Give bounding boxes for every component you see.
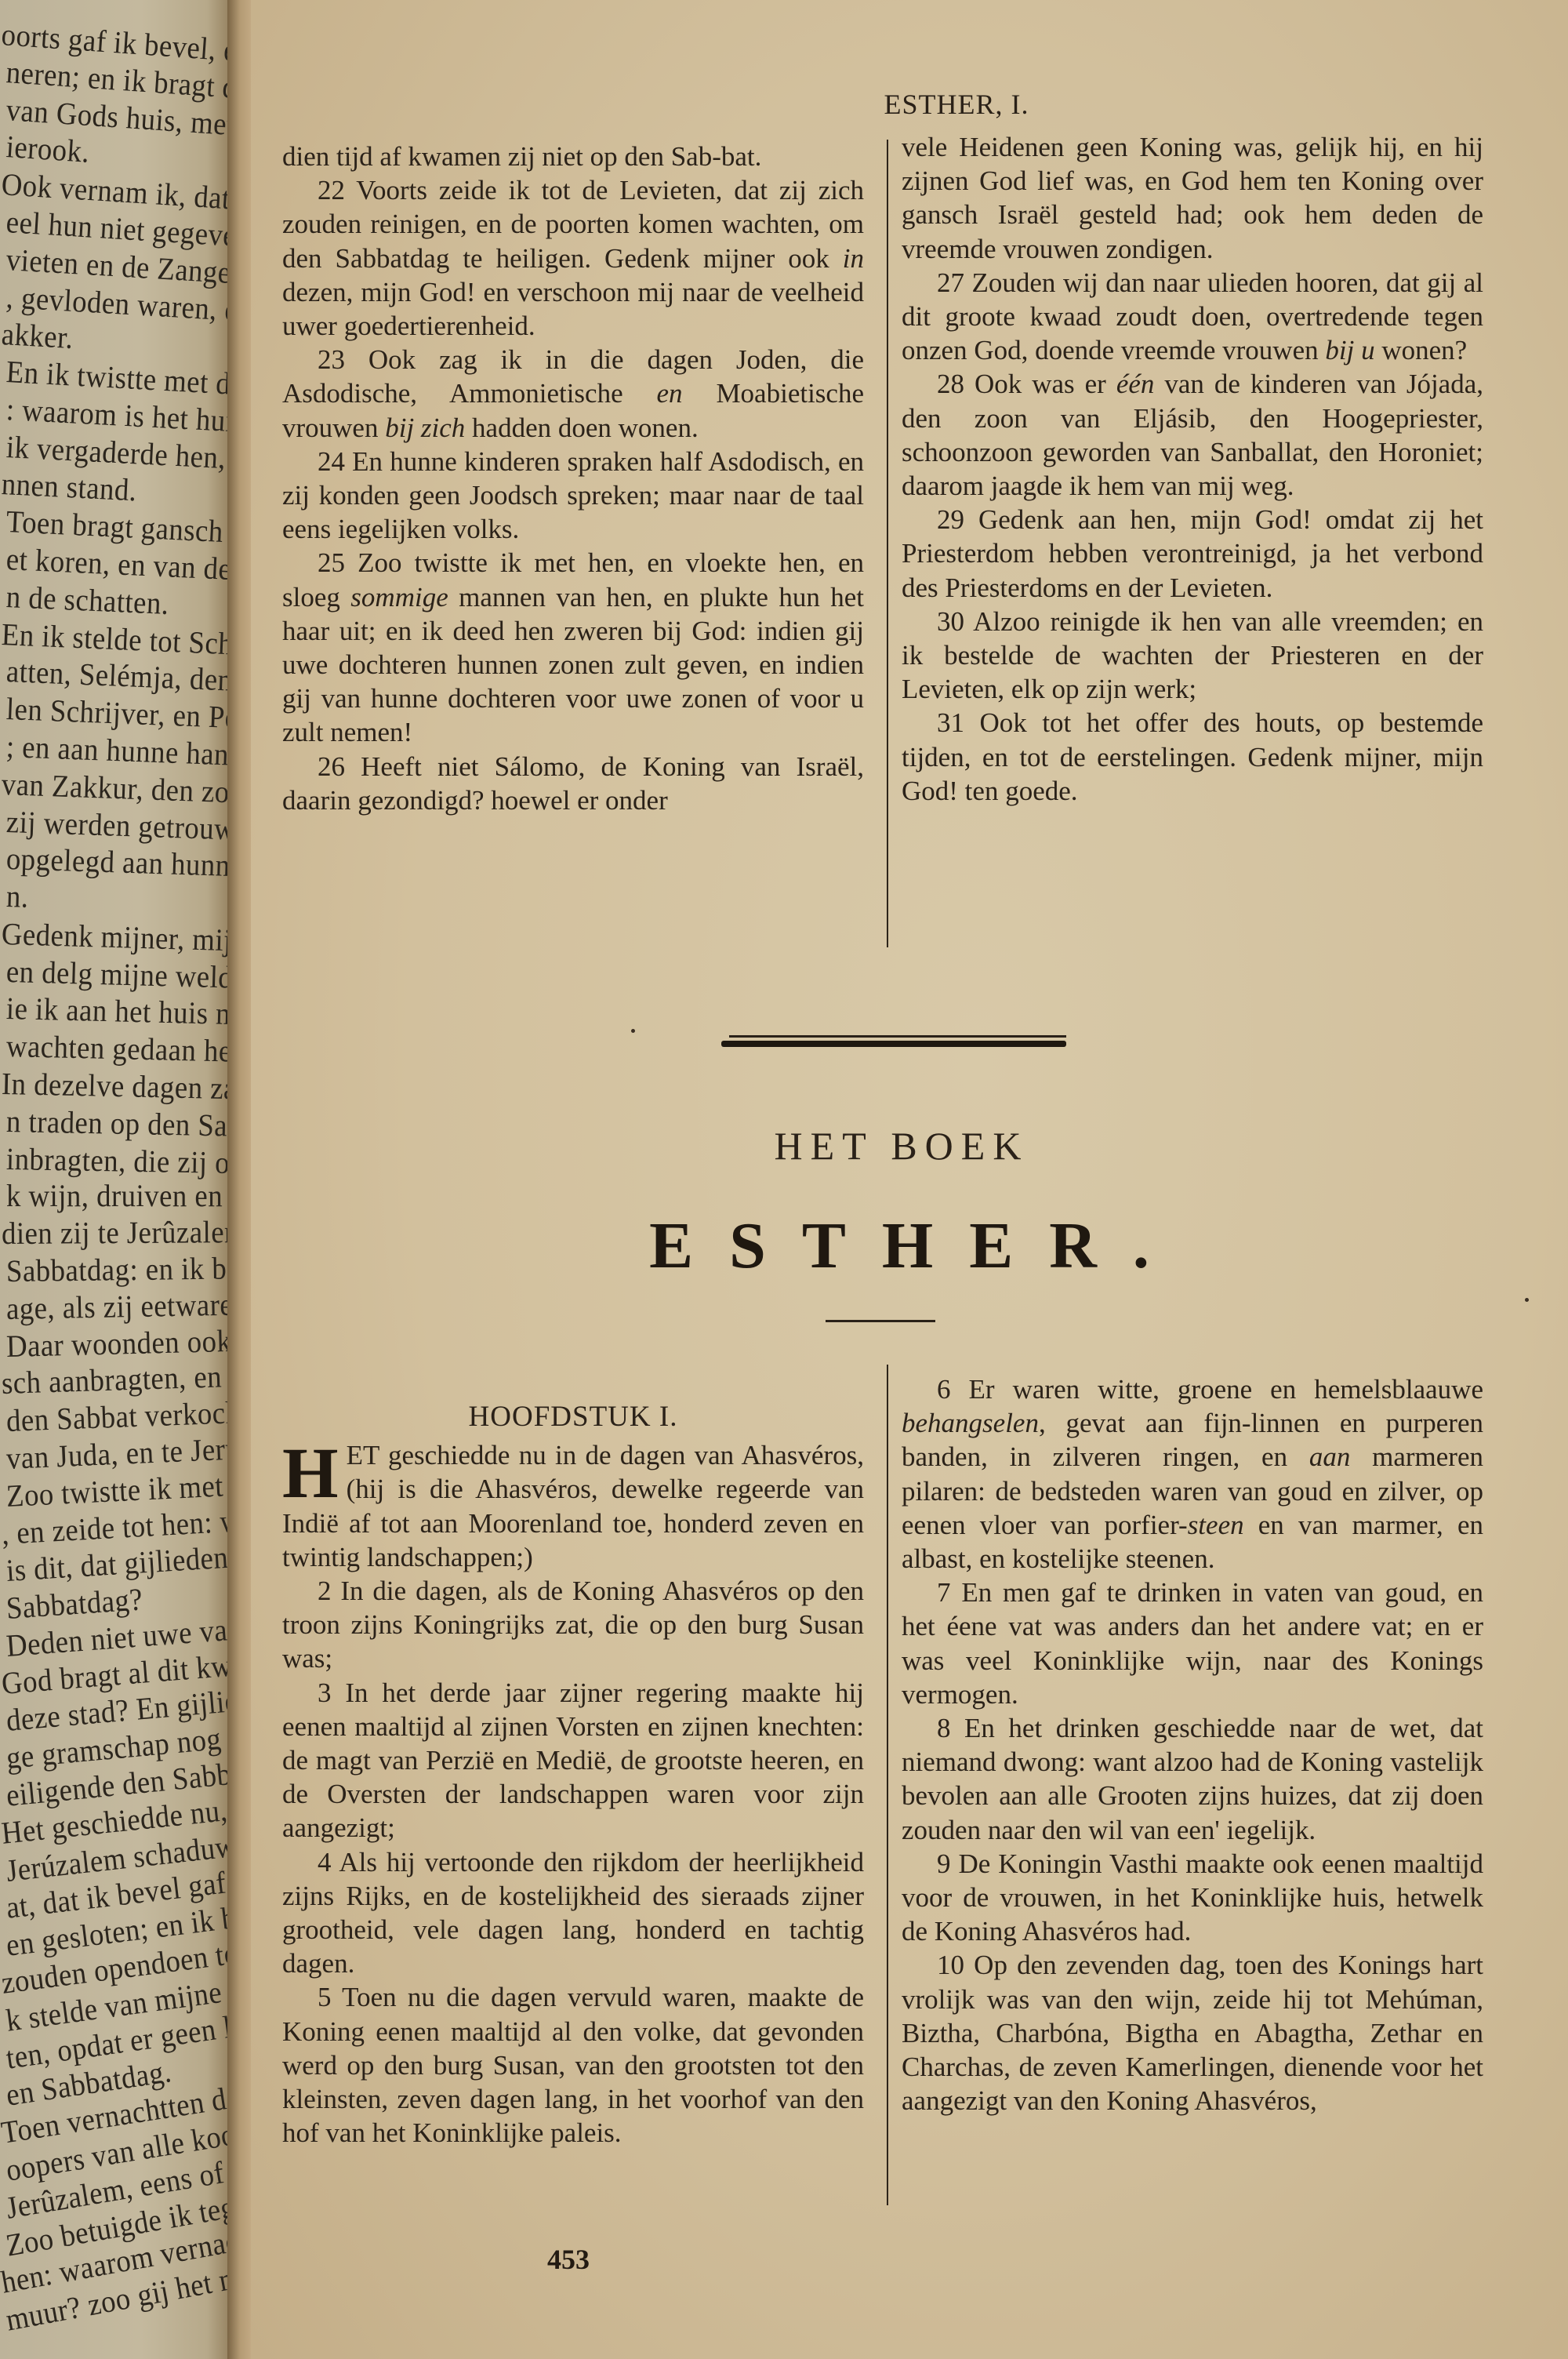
verse-continuation: vele Heidenen geen Koning was, gelijk hi… [902, 130, 1483, 266]
previous-page-line: akker. [1, 315, 74, 356]
verse: 8 En het drinken geschiedde naar de wet,… [902, 1711, 1483, 1847]
verse: 24 En hunne kinderen spraken half Asdodi… [282, 445, 864, 547]
verse: 25 Zoo twistte ik met hen, en vloekte he… [282, 546, 864, 749]
verse: 2 In die dagen, als de Koning Ahasvéros … [282, 1574, 864, 1676]
running-head: ESTHER, I. [800, 88, 1113, 121]
previous-page-line: Daar woonden ook Tyriërs [5, 1320, 235, 1365]
previous-page-line: n. [5, 878, 29, 915]
column-top-left: dien tijd af kwamen zij niet op den Sab-… [282, 140, 864, 817]
book-title: ESTHER. [580, 1208, 1254, 1284]
verse: 29 Gedenk aan hen, mijn God! omdat zij h… [902, 503, 1483, 605]
verse: 5 Toen nu die dagen vervuld waren, maakt… [282, 1980, 864, 2150]
verse: 7 En men gaf te drinken in vaten van gou… [902, 1576, 1483, 1711]
verse-continuation: dien tijd af kwamen zij niet op den Sab-… [282, 140, 864, 173]
verse: 26 Heeft niet Sálomo, de Koning van Isra… [282, 750, 864, 817]
verse-list: 2 In die dagen, als de Koning Ahasvéros … [282, 1574, 864, 2150]
previous-page-strip: oorts gaf ik bevel, en zijneren; en ik b… [0, 0, 235, 2359]
verse: 3 In het derde jaar zijner regering maak… [282, 1676, 864, 1845]
previous-page-line: n traden op den Sabbat, en [6, 1103, 235, 1146]
page-number: 453 [529, 2243, 608, 2276]
previous-page-line: k wijn, druiven en vijgen, en [6, 1177, 235, 1214]
verse: 4 Als hij vertoonde den rijkdom der heer… [282, 1845, 864, 1981]
verse: 27 Zouden wij dan naar ulieden hooren, d… [902, 266, 1483, 368]
ink-speck [631, 1029, 635, 1033]
verse: 22 Voorts zeide ik tot de Levieten, dat … [282, 173, 864, 343]
book-subtitle: HET BOEK [690, 1123, 1113, 1169]
previous-page-line: nnen stand. [1, 465, 138, 508]
verse: 6 Er waren witte, groene en hemelsblaauw… [902, 1372, 1483, 1576]
column-bottom-right: 6 Er waren witte, groene en hemelsblaauw… [902, 1372, 1483, 2117]
previous-page-line: ierook. [5, 128, 90, 170]
drop-cap: H [282, 1441, 339, 1504]
verse-1-text: ET geschiedde nu in de dagen van Ahasvér… [282, 1440, 864, 1572]
column-rule [887, 140, 888, 947]
previous-page-line: opgelegd aan hunne broederen [5, 840, 235, 889]
verse: 30 Alzoo reinigde ik hen van alle vreemd… [902, 605, 1483, 707]
verse: 31 Ook tot het offer des houts, op beste… [902, 706, 1483, 808]
verse: 28 Ook was er één van de kinderen van Jó… [902, 367, 1483, 503]
previous-page-line: age, als zij eetwaren verkochten. [6, 1283, 235, 1327]
column-bottom-left: HOOFDSTUK I. HET geschiedde nu in de dag… [282, 1400, 864, 2150]
verse-1: HET geschiedde nu in de dagen van Ahasvé… [282, 1438, 864, 1574]
page: ESTHER, I. dien tijd af kwamen zij niet … [251, 0, 1568, 2359]
previous-page-line: Sabbatdag: en ik betuigde tegen [6, 1248, 235, 1289]
chapter-heading: HOOFDSTUK I. [282, 1400, 864, 1434]
verse: 9 De Koningin Vasthi maakte ook eenen ma… [902, 1847, 1483, 1949]
previous-page-line: wachten gedaan heb. [5, 1027, 235, 1070]
ink-speck [1525, 1298, 1529, 1302]
section-divider [721, 1034, 1066, 1048]
title-underline [826, 1320, 935, 1322]
previous-page-line: dien zij te Jerûzalem inbragten [2, 1212, 235, 1252]
column-rule [887, 1365, 888, 2205]
verse: 23 Ook zag ik in die dagen Joden, die As… [282, 343, 864, 445]
verse: 10 Op den zevenden dag, toen des Konings… [902, 1948, 1483, 2117]
previous-page-line: n de schatten. [5, 578, 170, 622]
column-top-right: vele Heidenen geen Koning was, gelijk hi… [902, 130, 1483, 808]
